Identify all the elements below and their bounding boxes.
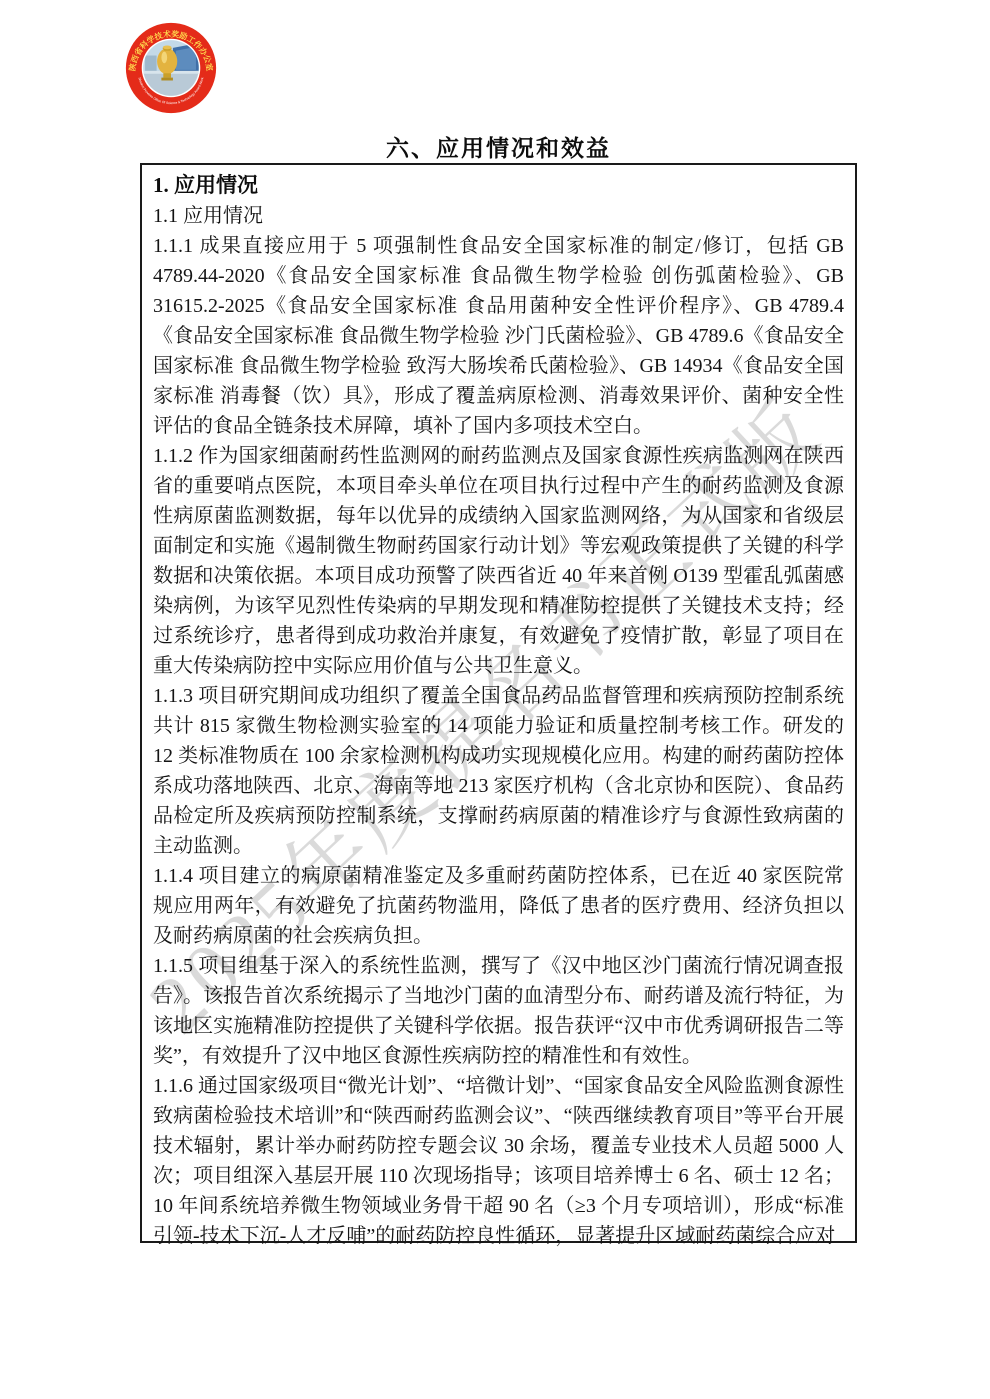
paragraph: 1.1.6 通过国家级项目“微光计划”、“培微计划”、“国家食品安全风险监测食源… (153, 1071, 844, 1251)
paragraphs-container: 1.1.1 成果直接应用于 5 项强制性食品安全国家标准的制定/修订，包括 GB… (153, 231, 844, 1251)
paragraph: 1.1.4 项目建立的病原菌精准鉴定及多重耐药菌防控体系，已在近 40 家医院常… (153, 861, 844, 951)
paragraph: 1.1.1 成果直接应用于 5 项强制性食品安全国家标准的制定/修订，包括 GB… (153, 231, 844, 441)
section-heading: 1. 应用情况 (153, 170, 844, 201)
document-page: 陕西省科学技术奖励工作办公室 Shaanxi Province Office O… (0, 0, 990, 1399)
seal-icon: 陕西省科学技术奖励工作办公室 Shaanxi Province Office O… (123, 20, 219, 116)
paragraph: 1.1.3 项目研究期间成功组织了覆盖全国食品药品监督管理和疾病预防控制系统共计… (153, 681, 844, 861)
subsection-heading: 1.1 应用情况 (153, 201, 844, 231)
paragraph: 1.1.5 项目组基于深入的系统性监测，撰写了《汉中地区沙门菌流行情况调查报告》… (153, 951, 844, 1071)
org-seal-logo: 陕西省科学技术奖励工作办公室 Shaanxi Province Office O… (123, 20, 219, 116)
content-box: 1. 应用情况 1.1 应用情况 1.1.1 成果直接应用于 5 项强制性食品安… (140, 163, 857, 1243)
page-title: 六、应用情况和效益 (140, 130, 857, 163)
paragraph: 1.1.2 作为国家细菌耐药性监测网的耐药监测点及国家食源性疾病监测网在陕西省的… (153, 441, 844, 681)
